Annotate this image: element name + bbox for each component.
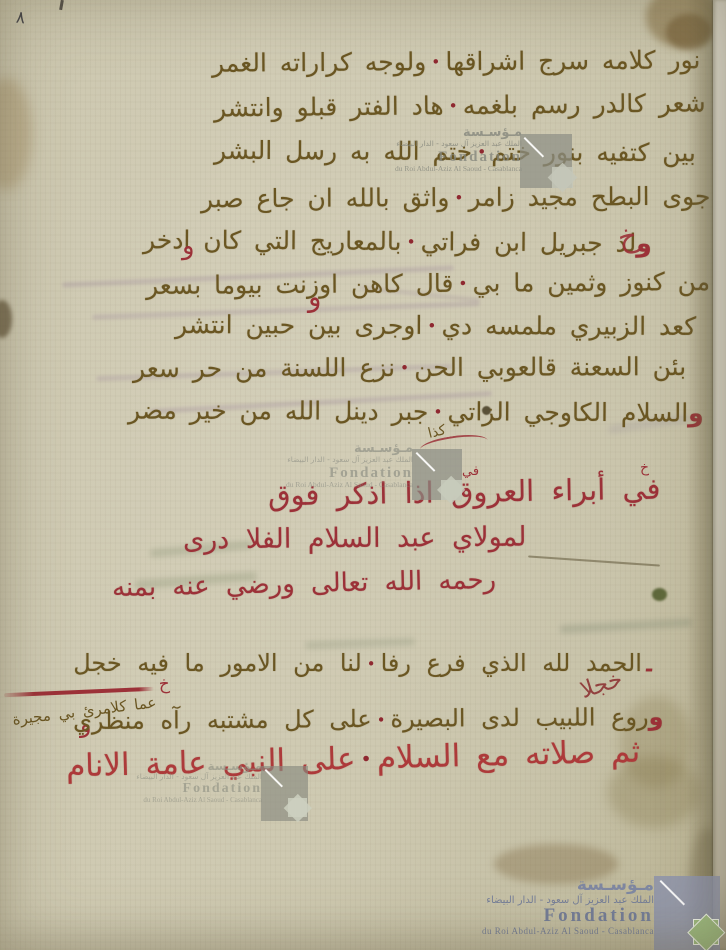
hemistich-b: قال كاهن اوزنت بيوما بسعر bbox=[146, 269, 454, 300]
hemistich-a: شعر كالدر رسم بلغمه bbox=[463, 88, 706, 120]
hemistich-separator: • bbox=[458, 275, 467, 293]
watermark-arabic-subtitle: الملك عبد العزيز آل سعود - الدار البيضاء bbox=[286, 456, 413, 464]
hemistich-b: هاد الفتر قبلو وانتشر bbox=[214, 91, 444, 122]
watermark-bottom-right: مـؤسـسة الملك عبد العزيز آل سعود - الدار… bbox=[482, 876, 654, 936]
manuscript-line: بئن السعنة قالعوبي الحن•نزع اللسنة من حر… bbox=[133, 351, 686, 384]
rubric-line: رحمه الله تعالى ورضي عنه بمنه bbox=[112, 564, 497, 605]
hemistich-a: نور كلامه سرج اشراقها bbox=[445, 45, 700, 76]
watermark-french-name: Fondation bbox=[482, 906, 654, 927]
manuscript-line: وروع اللبيب لدى البصيرة•على كل مشتبه رآه… bbox=[73, 702, 664, 736]
hemistich-separator: • bbox=[367, 655, 376, 673]
hemistich-a: بين كتفيه بنور ختم bbox=[491, 137, 696, 167]
page-edge-shadow bbox=[686, 0, 714, 950]
hemistich-separator: • bbox=[360, 748, 372, 771]
logo-star-icon bbox=[284, 794, 312, 822]
ink-stain bbox=[0, 78, 32, 190]
manuscript-line: بين كتفيه بنور ختم•ختم الله به رسل البشر bbox=[214, 135, 696, 169]
red-initial: و bbox=[649, 703, 664, 731]
hemistich-a: كعد الزبيري ملمسه دي bbox=[441, 311, 696, 341]
manuscript-line: كعد الزبيري ملمسه دي•اوجرى بين حبين انتش… bbox=[175, 309, 696, 342]
hemistich-separator: • bbox=[400, 359, 409, 377]
hemistich-a: روع اللبيب لدى البصيرة bbox=[391, 703, 649, 733]
hemistich-a: بئن السعنة قالعوبي الحن bbox=[414, 352, 686, 382]
pen-tick bbox=[59, 0, 64, 10]
ink-stain bbox=[0, 300, 12, 338]
manuscript-line: شعر كالدر رسم بلغمه•هاد الفتر قبلو وانتش… bbox=[214, 87, 706, 123]
rubric-line: لمولاي عبد السلام الفلا درى bbox=[182, 521, 526, 558]
hemistich-separator: • bbox=[377, 711, 386, 729]
rubric-line: في أبراء العروق اذا اذكر فوق bbox=[267, 471, 660, 514]
hemistich-a: ثم صلاته مع السلام bbox=[376, 733, 640, 776]
underlying-page-edge bbox=[713, 0, 726, 950]
hemistich-b: واثق بالله ان جاع صبر bbox=[200, 183, 449, 213]
watermark-french-subtitle: du Roi Abdul-Aziz Al Saoud - Casablanca bbox=[482, 927, 654, 937]
hemistich-b: اوجرى بين حبين انتشر bbox=[175, 310, 422, 340]
hemistich-b: جبر دينل الله من خير مضر bbox=[128, 395, 429, 426]
logo-diagonal bbox=[659, 880, 685, 906]
hemistich-b: على النبي عامة الانام bbox=[65, 741, 355, 785]
red-kha-head: خ bbox=[158, 674, 170, 694]
hemistich-b: ولوجه كراراته الغمر bbox=[211, 47, 425, 77]
manuscript-line: والسلام الكاوجي الزاتي•جبر دينل الله من … bbox=[128, 394, 704, 428]
manuscript-page: ٨ نور كلامه سرج اشراقها•ولوجه كراراته ال… bbox=[0, 0, 726, 950]
hemistich-b: على كل مشتبه رآه منظري bbox=[73, 705, 372, 735]
watermark-arabic-name: مـؤسـسة bbox=[482, 876, 654, 895]
watermark-arabic-subtitle: الملك عبد العزيز آل سعود - الدار البيضاء bbox=[482, 895, 654, 906]
manuscript-line: من كنوز وثمين ما بي•قال كاهن اوزنت بيوما… bbox=[146, 266, 710, 301]
hemistich-separator: • bbox=[477, 143, 486, 161]
ink-stain bbox=[652, 588, 667, 601]
watermark-french-subtitle: du Roi Abdul-Aziz Al Saoud - Casablanca bbox=[136, 797, 262, 805]
hemistich-separator: • bbox=[454, 189, 463, 207]
hemistich-b: ختم الله به رسل البشر bbox=[214, 136, 472, 166]
watermark-arabic-name: مـؤسـسة bbox=[286, 442, 413, 456]
red-waw-mark: و bbox=[308, 280, 322, 313]
hemistich-separator: • bbox=[431, 53, 440, 71]
manuscript-line: ولد جبريل ابن فراتي•بالمعاريج التي كان ا… bbox=[143, 224, 652, 259]
hemistich-separator: • bbox=[427, 317, 436, 335]
hemistich-b: نزع اللسنة من حر سعر bbox=[133, 353, 395, 383]
rubric-line: ثم صلاته مع السلام•على النبي عامة الانام bbox=[65, 732, 640, 786]
hemistich-a: السلام الكاوجي الزاتي bbox=[448, 397, 689, 427]
hemistich-a: لد جبريل ابن فراتي bbox=[421, 227, 637, 258]
hemistich-b: لنا من الامور ما فيه خجل bbox=[73, 649, 362, 677]
hemistich-separator: • bbox=[449, 97, 458, 115]
hemistich-separator: • bbox=[407, 233, 416, 251]
red-waw-mark: و bbox=[182, 231, 195, 261]
hemistich-separator: • bbox=[434, 403, 443, 421]
hemistich-a: جوى البطح مجيد زامر bbox=[468, 182, 710, 212]
show-through-mark bbox=[560, 619, 692, 634]
manuscript-line: جوى البطح مجيد زامر•واثق بالله ان جاع صب… bbox=[200, 181, 710, 215]
manuscript-line: نور كلامه سرج اشراقها•ولوجه كراراته الغم… bbox=[211, 44, 700, 79]
hemistich-a: من كنوز وثمين ما بي bbox=[472, 267, 710, 298]
scratch-mark bbox=[528, 555, 660, 566]
folio-number: ٨ bbox=[15, 8, 26, 29]
red-initial: ۔ bbox=[642, 649, 656, 677]
ink-stain bbox=[494, 844, 618, 884]
